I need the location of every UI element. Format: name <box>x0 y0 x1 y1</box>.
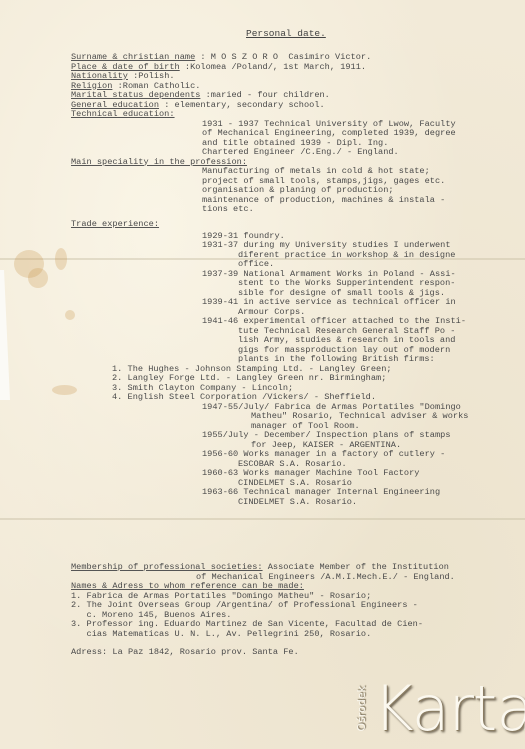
watermark-small-text: Ośrodek <box>355 686 368 732</box>
field-label: Technical education: <box>71 109 175 119</box>
field-value: of Mechanical Engineering, completed 193… <box>202 128 456 138</box>
field-value: :maried - four children. <box>200 90 329 100</box>
field-value: 2. Langley Forge Ltd. - Langley Green nr… <box>112 373 386 383</box>
field-label: Place & date of birth <box>71 62 180 72</box>
field-value: tute Technical Research General Staff Po… <box>238 326 455 336</box>
field-label: Surname & christian name <box>71 52 195 62</box>
field-value: sible for designe of small tools & jigs. <box>238 288 445 298</box>
field-value: 1929-31 foundry. <box>202 231 285 241</box>
document-title: Personal date. <box>246 28 326 39</box>
stain <box>52 385 77 395</box>
stain <box>28 268 48 288</box>
watermark-big-text: Karta <box>373 672 525 745</box>
field-value: 1963-66 Technical manager Internal Engin… <box>202 487 440 497</box>
field-value: tions etc. <box>202 204 254 214</box>
field-value: 1955/July - December/ Inspection plans o… <box>202 430 451 440</box>
field-value: : M O S Z O R O Casimiro Victor. <box>195 52 371 62</box>
field-value: :Roman Catholic. <box>112 81 200 91</box>
field-value: lish Army, studies & research in tools a… <box>238 335 455 345</box>
field-value: of Mechanical Engineers /A.M.I.Mech.E./ … <box>196 572 455 582</box>
field-value: 1941-46 experimental officer attached to… <box>202 316 466 326</box>
field-label: Trade experience: <box>71 219 159 229</box>
field-value: 4. English Steel Corporation /Vickers/ -… <box>112 392 376 402</box>
field-value: Associate Member of the Institution <box>263 562 449 572</box>
field-label: Nationality <box>71 71 128 81</box>
stain <box>65 310 75 320</box>
field-label: Names & Adress to whom reference can be … <box>71 581 304 591</box>
stain <box>55 248 67 270</box>
field-label: General education <box>71 100 159 110</box>
field-value: 1939-41 in active service as technical o… <box>202 297 456 307</box>
field-value: Matheu" Rosario, Technical adviser & wor… <box>251 411 468 421</box>
reference-item: cias Matematicas U. N. L., Av. Pellegrin… <box>71 630 371 640</box>
karta-watermark: Ośrodek Karta <box>355 680 525 749</box>
field-label: Religion <box>71 81 112 91</box>
field-value: :Polish. <box>128 71 175 81</box>
fold-line <box>0 518 525 520</box>
field-value: 1931 - 1937 Technical University of Lwow… <box>202 119 456 129</box>
field-value: CINDELMET S.A. Rosario <box>238 478 352 488</box>
field-value: 1. Fabrica de Armas Portatiles "Domingo … <box>71 591 371 601</box>
field-value: maintenance of production, machines & in… <box>202 195 445 205</box>
field-value: CINDELMET S.A. Rosario. <box>238 497 357 507</box>
section-heading: Technical education: <box>71 110 175 120</box>
section-heading: Trade experience: <box>71 220 159 230</box>
field-value: Chartered Engineer /C.Eng./ - England. <box>202 147 399 157</box>
field-value: 1947-55/July/ Fabrica de Armas Portatile… <box>202 402 461 412</box>
field-label: Marital status dependents <box>71 90 200 100</box>
experience-line: CINDELMET S.A. Rosario. <box>238 498 357 508</box>
field-value: ESCOBAR S.A. Rosario. <box>238 459 347 469</box>
field-value: 2. The Joint Overseas Group /Argentina/ … <box>71 600 418 610</box>
field-value: manager of Tool Room. <box>251 421 360 431</box>
address-line: Adress: La Paz 1842, Rosario prov. Santa… <box>71 648 299 658</box>
field-value: organisation & planing of production; <box>202 185 394 195</box>
field-value: plants in the following British firms: <box>238 354 435 364</box>
field-value: 1937-39 National Armament Works in Polan… <box>202 269 456 279</box>
field-value: gigs for massproduction lay out of moder… <box>238 345 450 355</box>
field-value: 3. Smith Clayton Company - Lincoln; <box>112 383 293 393</box>
field-value: cias Matematicas U. N. L., Av. Pellegrin… <box>71 629 371 639</box>
field-value: Manufacturing of metals in cold & hot st… <box>202 166 430 176</box>
field-value: office. <box>238 259 274 269</box>
field-label: Membership of professional societies: <box>71 562 263 572</box>
field-label: Main speciality in the profession: <box>71 157 247 167</box>
field-value: Adress: La Paz 1842, Rosario prov. Santa… <box>71 647 299 657</box>
torn-edge <box>0 270 10 400</box>
field-value: for Jeep, KAISER - ARGENTINA. <box>251 440 401 450</box>
field-value: Armour Corps. <box>238 307 305 317</box>
field-value: 3. Professor ing. Eduardo Martinez de Sa… <box>71 619 423 629</box>
field-value: stent to the Works Supperintendent respo… <box>238 278 455 288</box>
field-value: 1931-37 during my University studies I u… <box>202 240 451 250</box>
field-value: 1. The Hughes - Johnson Stamping Ltd. - … <box>112 364 392 374</box>
field-value: : elementary, secondary school. <box>159 100 325 110</box>
speciality-line: tions etc. <box>202 205 254 215</box>
field-value: c. Moreno 145, Buenos Aires. <box>71 610 232 620</box>
field-value: project of small tools, stamps,jigs, gag… <box>202 176 445 186</box>
field-value: and title obtained 1939 - Dipl. Ing. <box>202 138 388 148</box>
field-value: 1960-63 Works manager Machine Tool Facto… <box>202 468 419 478</box>
field-value: diferent practice in workshop & in desig… <box>238 250 455 260</box>
field-value: :Kolomea /Poland/, 1st March, 1911. <box>180 62 366 72</box>
field-value: 1956-60 Works manager in a factory of cu… <box>202 449 445 459</box>
